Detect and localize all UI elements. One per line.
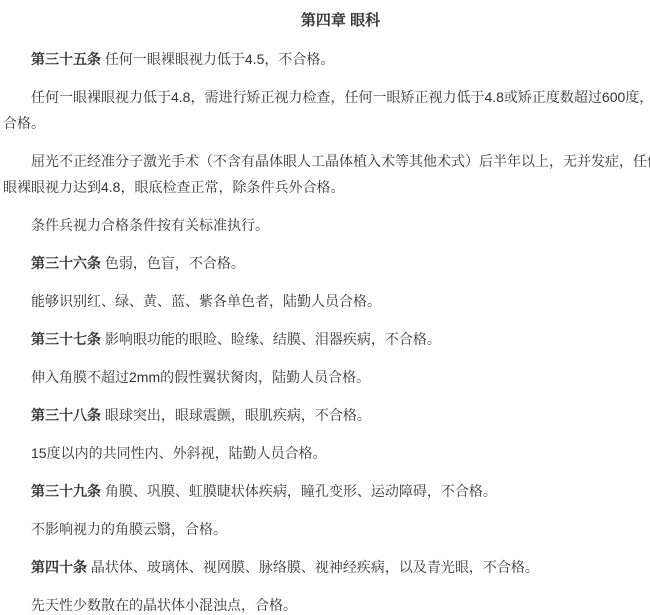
article-number: 第三十六条: [31, 255, 101, 271]
article-text: 影响眼功能的眼睑、睑缘、结膜、泪器疾病，不合格。: [101, 331, 441, 347]
document-body: 第四章 眼科 第三十五条 任何一眼裸眼视力低于4.5，不合格。 任何一眼裸眼视力…: [0, 0, 650, 615]
paragraph: 第三十九条 角膜、巩膜、虹膜睫状体疾病，瞳孔变形、运动障碍，不合格。: [3, 478, 650, 504]
article-list: 第三十五条 任何一眼裸眼视力低于4.5，不合格。 任何一眼裸眼视力低于4.8，需…: [3, 46, 650, 615]
article-number: 第三十五条: [31, 51, 101, 67]
article-text: 15度以内的共同性内、外斜视，陆勤人员合格。: [31, 445, 327, 461]
article-text: 伸入角膜不超过2mm的假性翼状胬肉，陆勤人员合格。: [31, 369, 370, 385]
article-number: 第三十八条: [31, 407, 101, 423]
article-text: 色弱，色盲，不合格。: [101, 255, 245, 271]
paragraph: 任何一眼裸眼视力低于4.8，需进行矫正视力检查，任何一眼矫正视力低于4.8或矫正…: [3, 84, 650, 136]
article-number: 第四十条: [31, 559, 87, 575]
article-text: 任何一眼裸眼视力低于4.5，不合格。: [101, 51, 334, 67]
article-number: 第三十九条: [31, 483, 101, 499]
article-text: 眼球突出，眼球震颤，眼肌疾病，不合格。: [101, 407, 371, 423]
paragraph: 能够识别红、绿、黄、蓝、紫各单色者，陆勤人员合格。: [3, 288, 650, 314]
article-text: 屈光不正经准分子激光手术（不含有晶体眼人工晶体植入术等其他术式）后半年以上，无并…: [3, 153, 650, 195]
paragraph: 第四十条 晶状体、玻璃体、视网膜、脉络膜、视神经疾病，以及青光眼，不合格。: [3, 554, 650, 580]
paragraph: 第三十八条 眼球突出，眼球震颤，眼肌疾病，不合格。: [3, 402, 650, 428]
paragraph: 条件兵视力合格条件按有关标准执行。: [3, 212, 650, 238]
paragraph: 第三十六条 色弱，色盲，不合格。: [3, 250, 650, 276]
article-text: 能够识别红、绿、黄、蓝、紫各单色者，陆勤人员合格。: [31, 293, 381, 309]
article-text: 角膜、巩膜、虹膜睫状体疾病，瞳孔变形、运动障碍，不合格。: [101, 483, 497, 499]
paragraph: 屈光不正经准分子激光手术（不含有晶体眼人工晶体植入术等其他术式）后半年以上，无并…: [3, 148, 650, 200]
article-text: 条件兵视力合格条件按有关标准执行。: [31, 217, 269, 233]
paragraph: 不影响视力的角膜云翳，合格。: [3, 516, 650, 542]
article-text: 晶状体、玻璃体、视网膜、脉络膜、视神经疾病，以及青光眼，不合格。: [87, 559, 539, 575]
article-text: 先天性少数散在的晶状体小混浊点，合格。: [31, 597, 297, 613]
paragraph: 15度以内的共同性内、外斜视，陆勤人员合格。: [3, 440, 650, 466]
article-text: 任何一眼裸眼视力低于4.8，需进行矫正视力检查，任何一眼矫正视力低于4.8或矫正…: [3, 89, 650, 131]
chapter-title: 第四章 眼科: [3, 8, 650, 34]
article-text: 不影响视力的角膜云翳，合格。: [31, 521, 227, 537]
paragraph: 伸入角膜不超过2mm的假性翼状胬肉，陆勤人员合格。: [3, 364, 650, 390]
paragraph: 第三十七条 影响眼功能的眼睑、睑缘、结膜、泪器疾病，不合格。: [3, 326, 650, 352]
paragraph: 先天性少数散在的晶状体小混浊点，合格。: [3, 592, 650, 615]
article-number: 第三十七条: [31, 331, 101, 347]
paragraph: 第三十五条 任何一眼裸眼视力低于4.5，不合格。: [3, 46, 650, 72]
